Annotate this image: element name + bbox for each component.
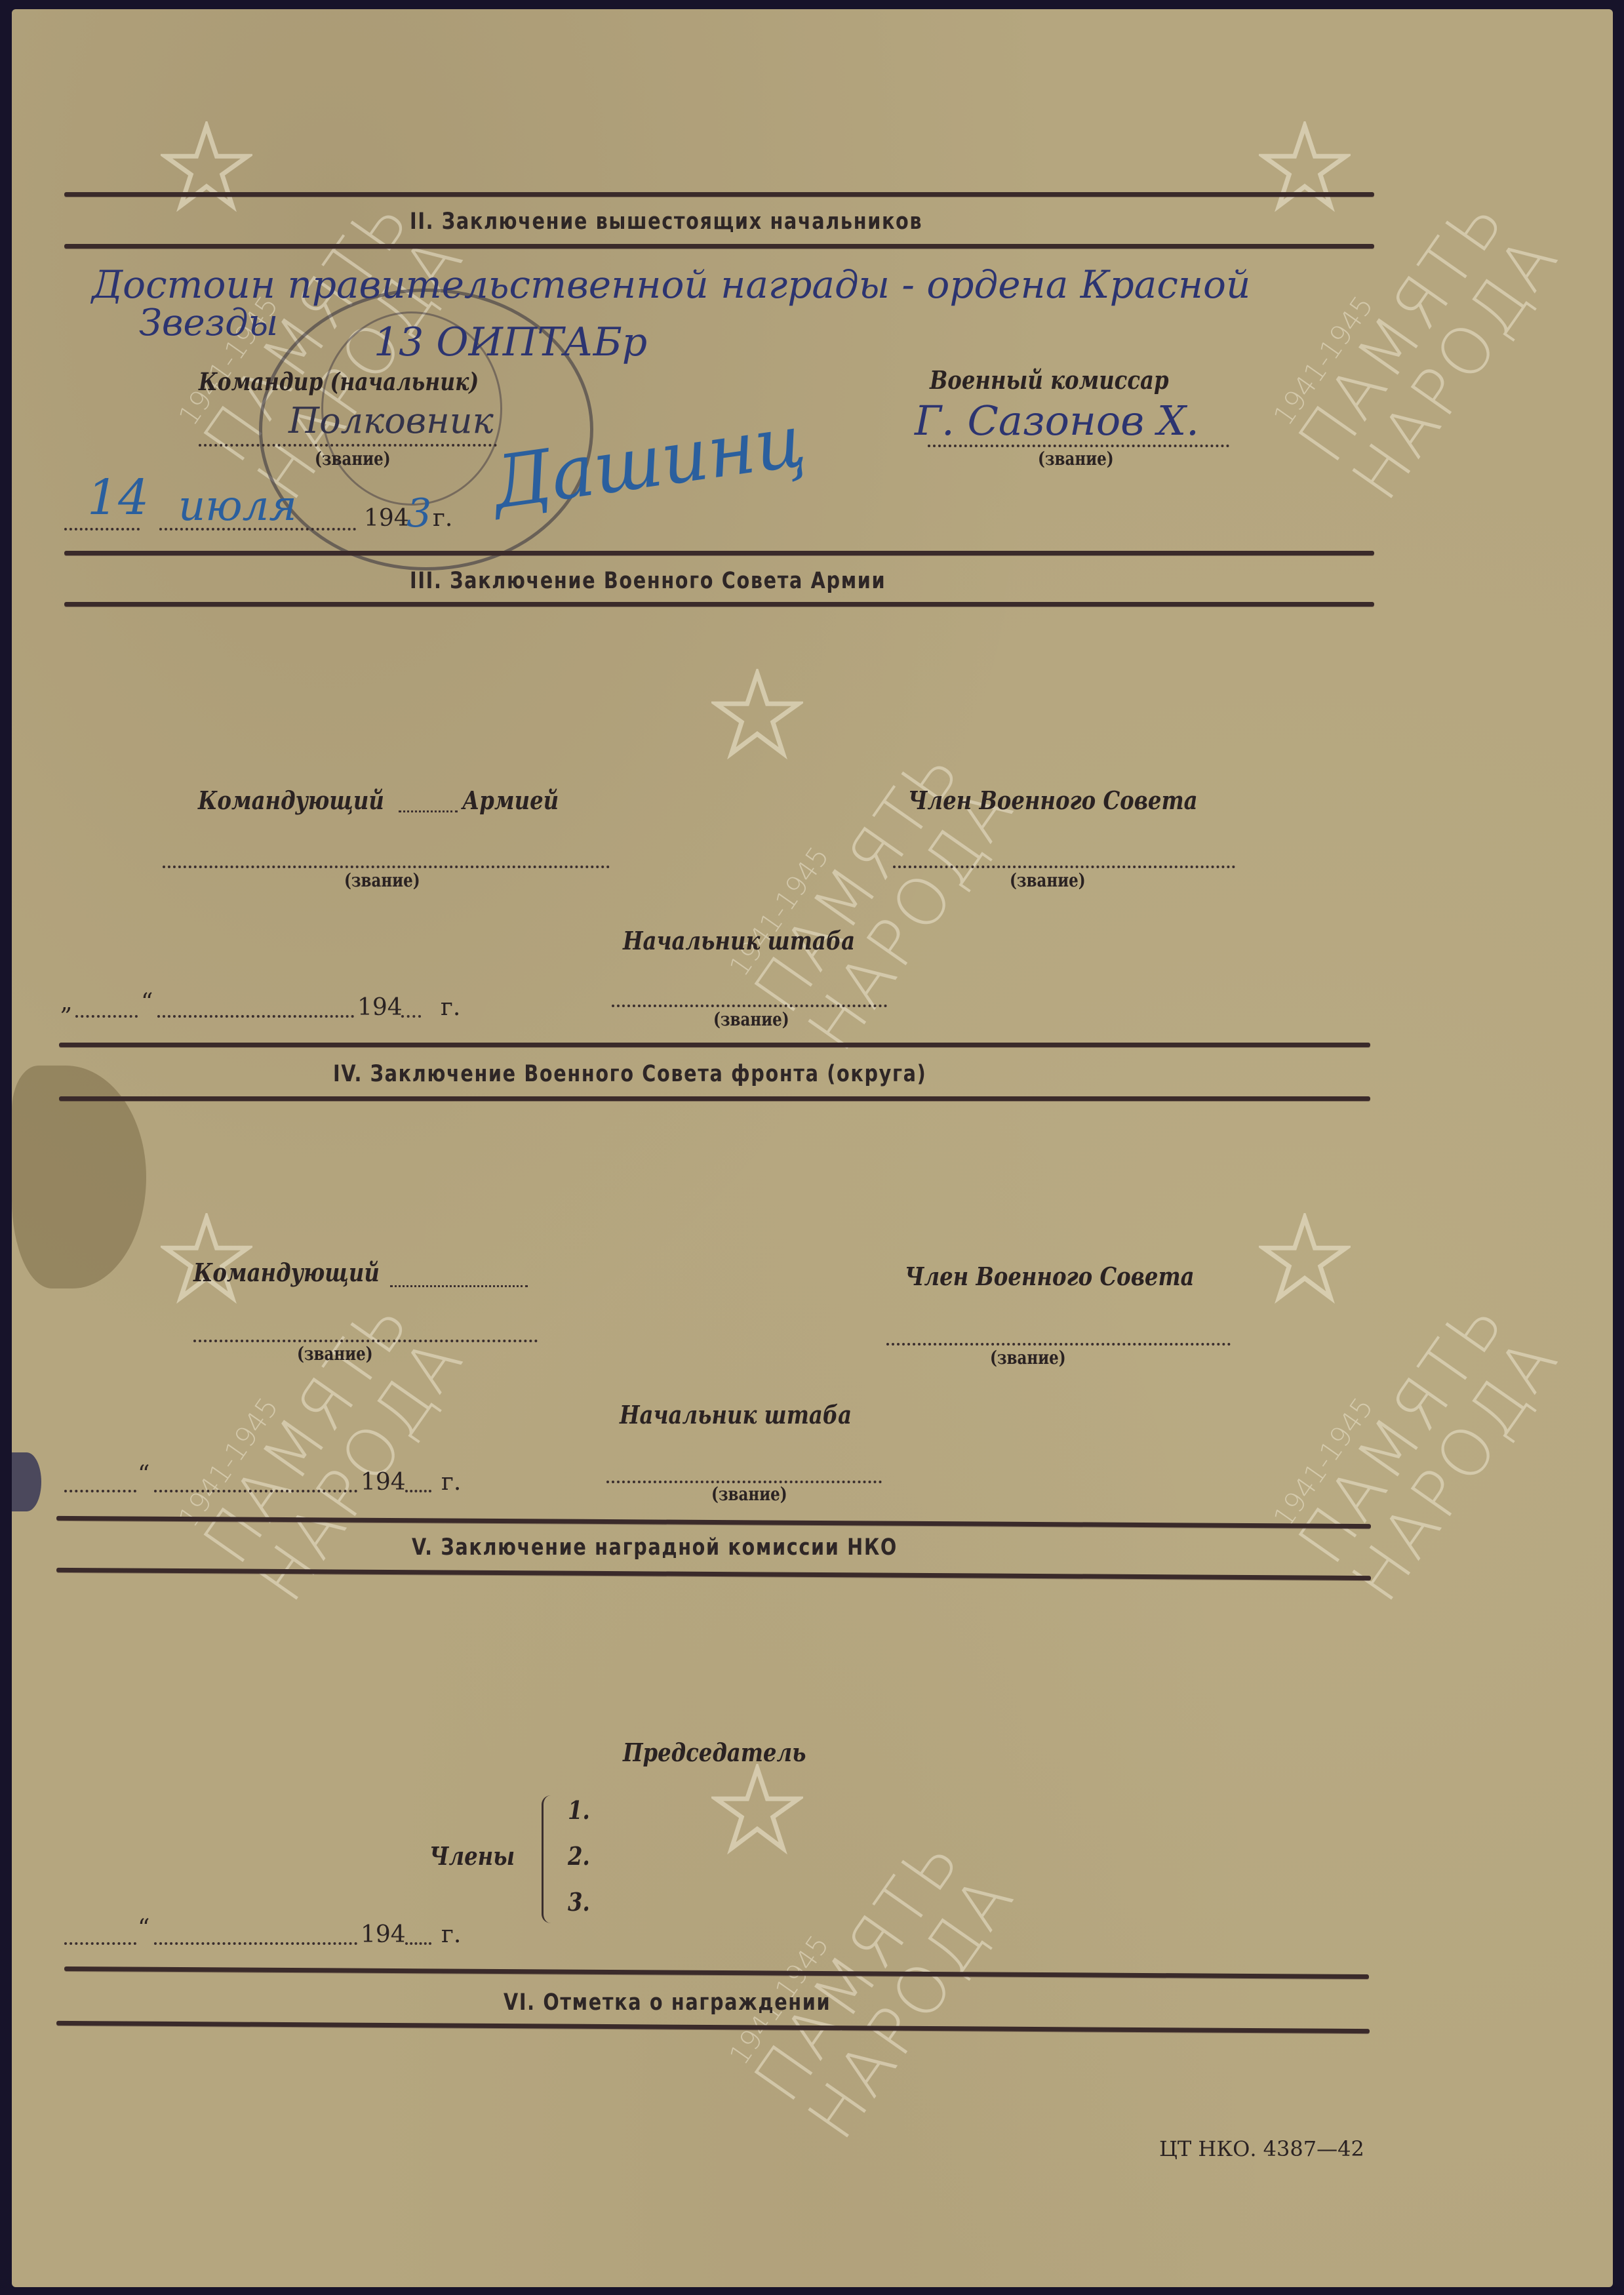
date-g: г. (433, 505, 452, 532)
section-4-title: IV. Заключение Военного Совета фронта (о… (333, 1061, 926, 1087)
date-month-line (154, 1490, 357, 1492)
date-month-line (157, 1015, 354, 1018)
member-item: 1. (568, 1795, 590, 1825)
ink-blot (12, 1452, 41, 1511)
front-commander-rank-line (193, 1340, 538, 1342)
date-year-prefix: 194 (357, 994, 403, 1021)
rank-caption: (звание) (713, 1008, 789, 1030)
section-5-title: V. Заключение наградной комиссии НКО (412, 1534, 898, 1561)
front-commander-label: Командующий (193, 1258, 380, 1287)
handwritten-conclusion-cont: Звезды (139, 302, 278, 344)
section-2-title: II. Заключение вышестоящих начальников (410, 209, 922, 235)
date-year-suffix-handwritten: 3 (406, 490, 431, 536)
form-code: ЦТ НКО. 4387—42 (1159, 2136, 1364, 2161)
document-page (12, 9, 1613, 2287)
date-day-line (64, 1490, 136, 1492)
rank-caption: (звание) (711, 1483, 787, 1505)
section-divider (64, 551, 1374, 555)
date-day-line (64, 1942, 136, 1945)
section-6-title: VI. Отметка о награждении (504, 1989, 831, 2016)
commander-rank-handwritten: Полковник (288, 400, 494, 441)
date-year-prefix: 194 (361, 1469, 406, 1496)
commissar-rank-line (928, 445, 1229, 447)
rank-caption: (звание) (297, 1343, 373, 1365)
chairman-label: Председатель (623, 1738, 806, 1767)
section-divider (64, 602, 1374, 607)
date-day-line (64, 528, 140, 530)
army-commander-rank-line (163, 866, 610, 868)
rank-caption: (звание) (1038, 448, 1114, 469)
rank-caption: (звание) (990, 1347, 1066, 1368)
members-label: Члены (429, 1841, 515, 1871)
rank-caption: (звание) (1010, 869, 1086, 891)
date-day-line (75, 1015, 138, 1018)
commissar-name-handwritten: Г. Сазонов Х. (915, 397, 1199, 445)
section-divider (64, 192, 1374, 197)
council-member-label: Член Военного Совета (908, 786, 1198, 815)
date-month-handwritten: июля (178, 482, 297, 530)
section-divider (59, 1043, 1370, 1047)
army-commander-dots (399, 810, 458, 812)
date-month-line (154, 1942, 357, 1945)
army-commander-label: Командующий (198, 786, 384, 815)
date-year-line (401, 1015, 421, 1018)
date-year-prefix: 194 (361, 1921, 406, 1948)
rank-caption: (звание) (344, 869, 420, 891)
date-year-line (405, 1942, 431, 1945)
commander-label: Командир (начальник) (199, 367, 479, 396)
commander-rank-line (199, 444, 497, 447)
date-g: г. (441, 1921, 461, 1948)
army-label: Армией (462, 786, 559, 815)
section-3-title: III. Заключение Военного Совета Армии (410, 568, 886, 594)
handwritten-unit: 13 ОИПТАБр (374, 319, 647, 365)
date-close-quote: “ (141, 989, 153, 1016)
date-g: г. (441, 1469, 461, 1496)
date-year-line (405, 1490, 431, 1492)
chief-of-staff-label: Начальник штаба (620, 1400, 852, 1429)
council-member-label: Член Военного Совета (905, 1262, 1195, 1291)
date-year-prefix: 194 (364, 505, 409, 532)
section-divider (64, 244, 1374, 249)
chief-of-staff-label: Начальник штаба (623, 926, 855, 955)
date-month-line (159, 528, 356, 530)
date-day-handwritten: 14 (87, 469, 149, 526)
member-item: 2. (568, 1841, 590, 1871)
date-close-quote: “ (138, 1461, 149, 1488)
handwritten-conclusion: Достоин правительственной награды - орде… (92, 262, 1250, 307)
date-close-quote: “ (138, 1915, 149, 1942)
rank-caption: (звание) (315, 448, 391, 469)
members-brace (542, 1795, 557, 1923)
section-divider (59, 1096, 1370, 1101)
date-g: г. (441, 994, 460, 1021)
member-item: 3. (568, 1887, 590, 1917)
front-commander-dots (390, 1285, 528, 1287)
council-member-rank-line (886, 1343, 1231, 1346)
chief-of-staff-rank-line (612, 1005, 887, 1007)
date-open-quote: „ (60, 989, 73, 1016)
commissar-label: Военный комиссар (930, 365, 1169, 395)
council-member-rank-line (893, 866, 1235, 868)
